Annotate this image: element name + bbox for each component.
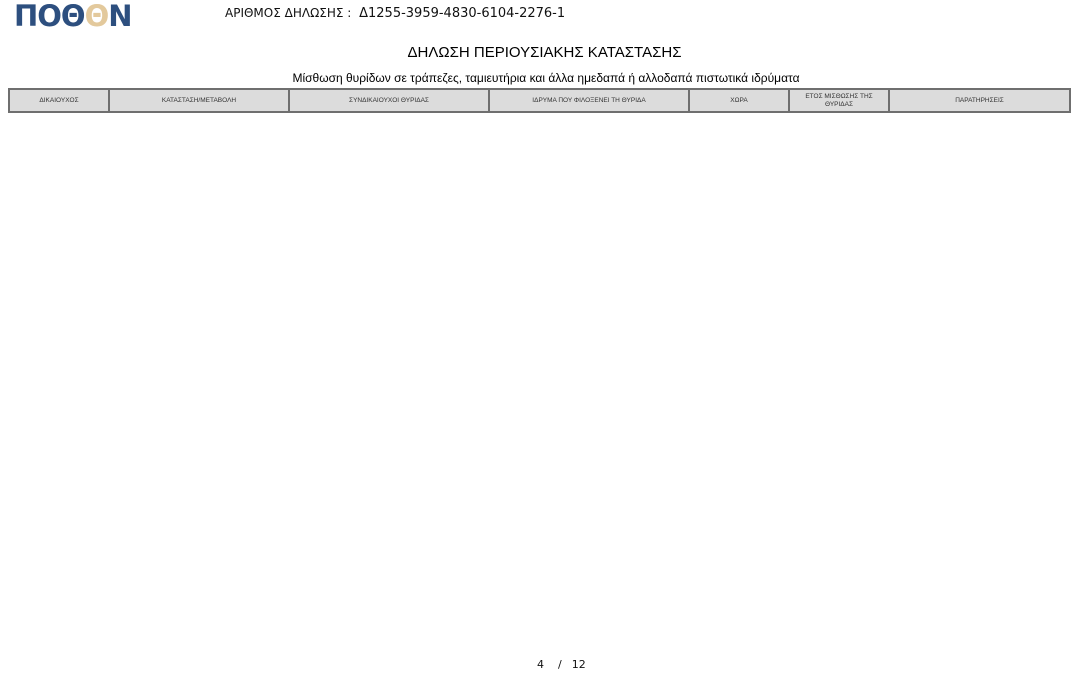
logo-text-end: N — [108, 0, 131, 33]
column-header-status-change: ΚΑΤΑΣΤΑΣΗ/ΜΕΤΑΒΟΛΗ — [109, 89, 289, 112]
pothen-logo: ΠΟΘΘN — [14, 1, 132, 31]
declaration-number-label: ΑΡΙΘΜΟΣ ΔΗΛΩΣΗΣ : — [225, 6, 351, 20]
safe-deposit-box-table: ΔΙΚΑΙΟΥΧΟΣ ΚΑΤΑΣΤΑΣΗ/ΜΕΤΑΒΟΛΗ ΣΥΝΔΙΚΑΙΟΥ… — [8, 88, 1071, 113]
column-header-lease-year: ΕΤΟΣ ΜΙΣΘΩΣΗΣ ΤΗΣ ΘΥΡΙΔΑΣ — [789, 89, 889, 112]
page-separator: / — [558, 658, 562, 671]
current-page: 4 — [537, 658, 544, 671]
declaration-number-value: Δ1255-3959-4830-6104-2276-1 — [359, 6, 565, 21]
column-header-beneficiary: ΔΙΚΑΙΟΥΧΟΣ — [9, 89, 109, 112]
column-header-institution: ΙΔΡΥΜΑ ΠΟΥ ΦΙΛΟΞΕΝΕΙ ΤΗ ΘΥΡΙΔΑ — [489, 89, 689, 112]
document-title: ΔΗΛΩΣΗ ΠΕΡΙΟΥΣΙΑΚΗΣ ΚΑΤΑΣΤΑΣΗΣ — [0, 44, 1071, 61]
logo-text-accent: Θ — [85, 0, 109, 33]
table-header-row: ΔΙΚΑΙΟΥΧΟΣ ΚΑΤΑΣΤΑΣΗ/ΜΕΤΑΒΟΛΗ ΣΥΝΔΙΚΑΙΟΥ… — [9, 89, 1070, 112]
logo-text-start: ΠΟΘ — [14, 0, 85, 33]
column-header-co-beneficiaries: ΣΥΝΔΙΚΑΙΟΥΧΟΙ ΘΥΡΙΔΑΣ — [289, 89, 489, 112]
column-header-country: ΧΩΡΑ — [689, 89, 789, 112]
declaration-number-line: ΑΡΙΘΜΟΣ ΔΗΛΩΣΗΣ : Δ1255-3959-4830-6104-2… — [225, 6, 565, 21]
column-header-remarks: ΠΑΡΑΤΗΡΗΣΕΙΣ — [889, 89, 1070, 112]
total-pages: 12 — [572, 658, 586, 671]
page-indicator: 4/12 — [537, 658, 586, 671]
section-title: Μίσθωση θυρίδων σε τράπεζες, ταμιευτήρια… — [0, 71, 1071, 85]
